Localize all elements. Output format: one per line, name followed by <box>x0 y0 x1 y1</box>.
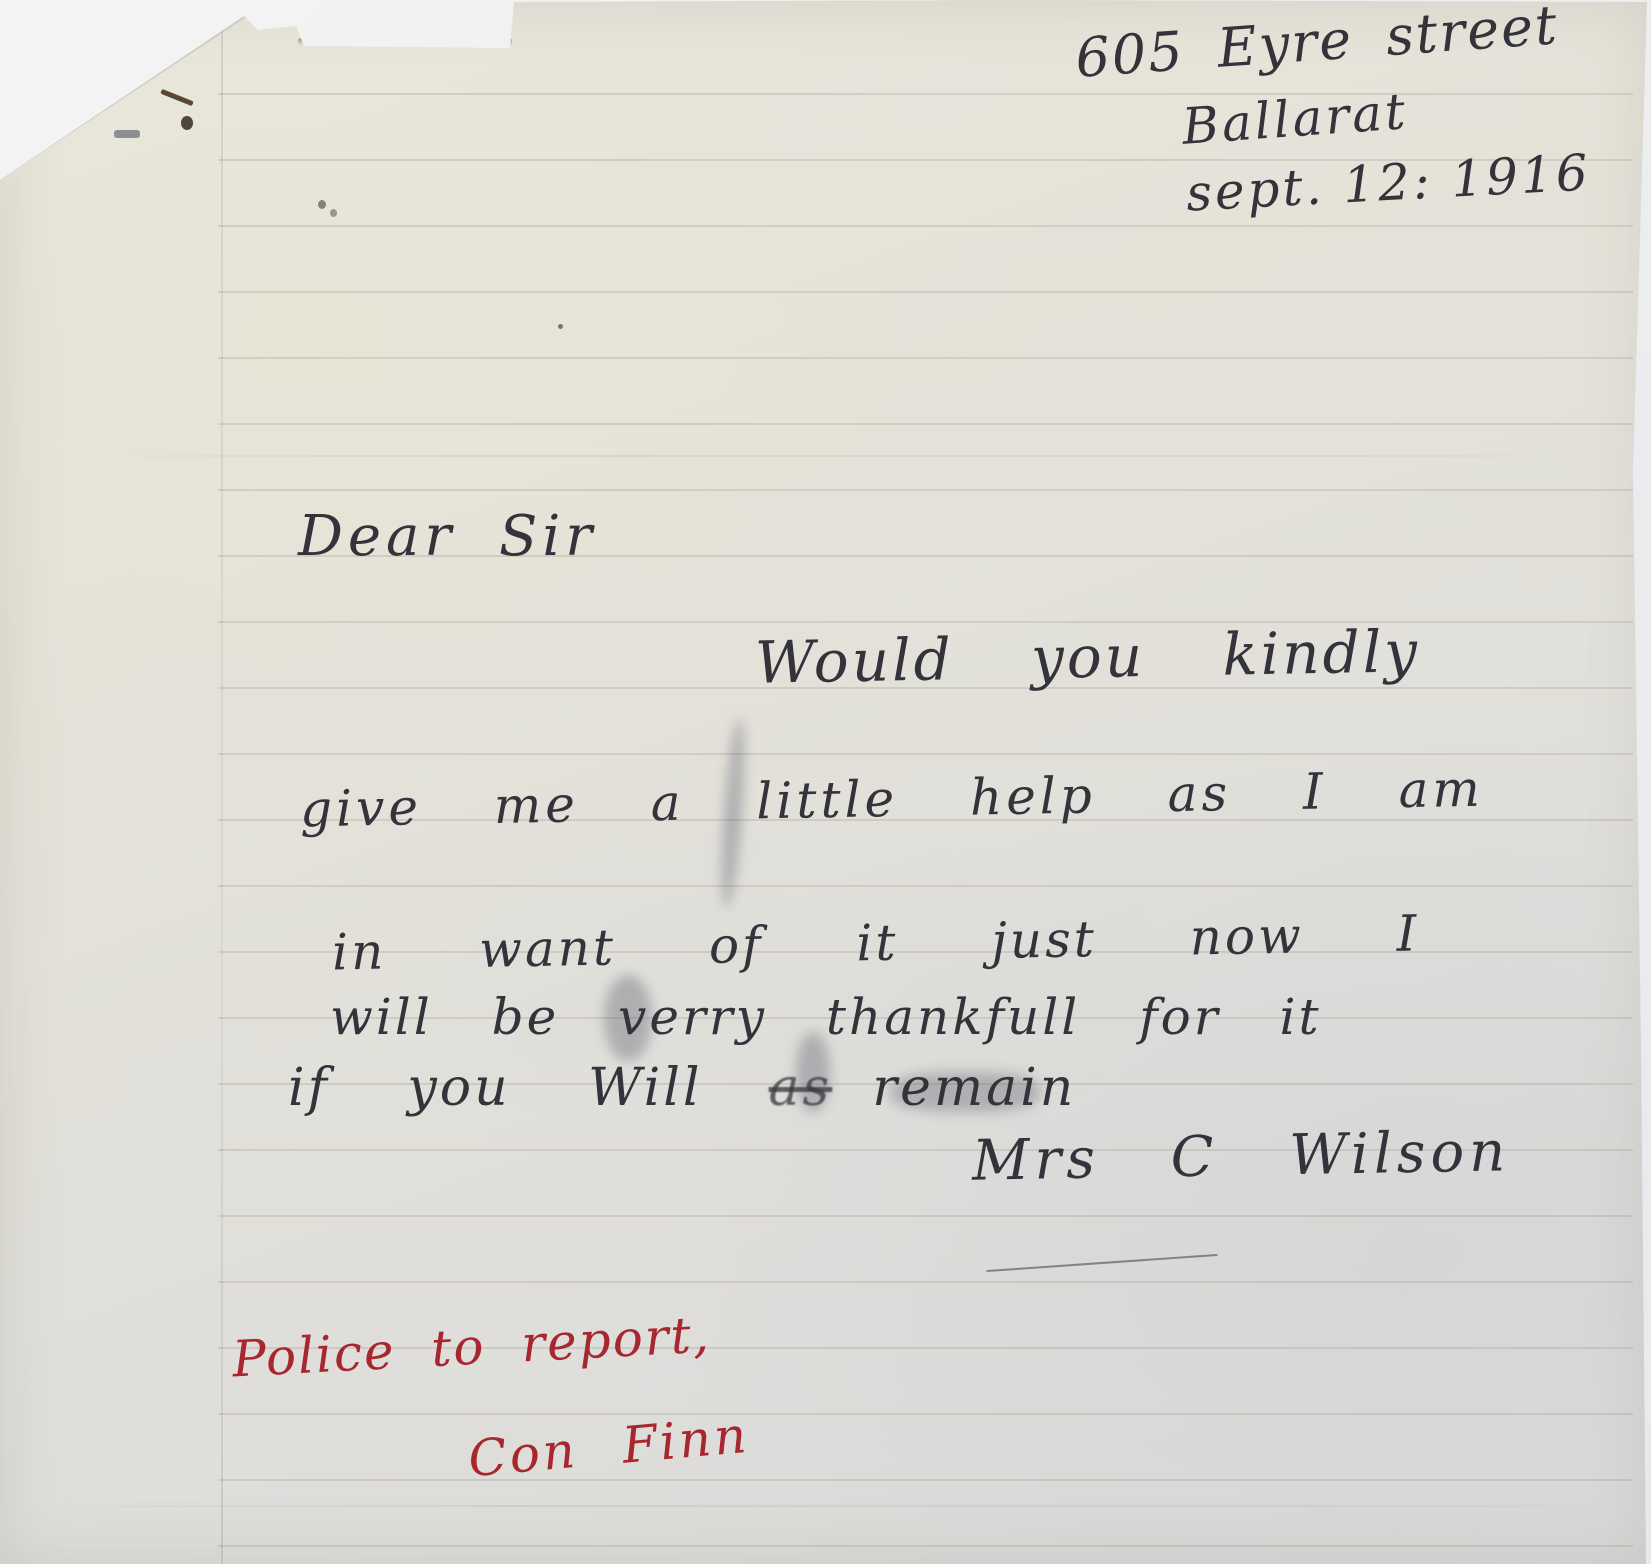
pin-mark <box>160 89 193 106</box>
torn-edge <box>298 38 512 47</box>
closing-remain: remain <box>872 1060 1076 1117</box>
salutation: Dear Sir <box>298 506 597 568</box>
fold-crease-horizontal-bottom <box>0 1505 1651 1507</box>
fold-crease-vertical <box>221 0 223 1564</box>
signature: Mrs C Wilson <box>972 1121 1511 1192</box>
scanned-letter-page: 605 Eyre street Ballarat sept. 12: 1916 … <box>0 0 1651 1564</box>
pin-mark <box>114 130 140 138</box>
closing-line: if you Willasremain <box>288 1060 1076 1117</box>
pin-hole <box>318 200 326 209</box>
closing-text: if you Will <box>288 1058 703 1118</box>
torn-corner-edge <box>0 15 246 181</box>
struck-word: as <box>769 1060 833 1117</box>
fold-crease-horizontal <box>0 455 1651 457</box>
pin-mark <box>181 116 193 130</box>
body-line-1: Would you kindly <box>754 620 1420 695</box>
pin-hole <box>330 209 337 217</box>
paper-sheet: 605 Eyre street Ballarat sept. 12: 1916 … <box>0 0 1651 1564</box>
body-line-4: will be verry thankfull for it <box>330 990 1322 1045</box>
ink-fleck <box>558 324 563 329</box>
